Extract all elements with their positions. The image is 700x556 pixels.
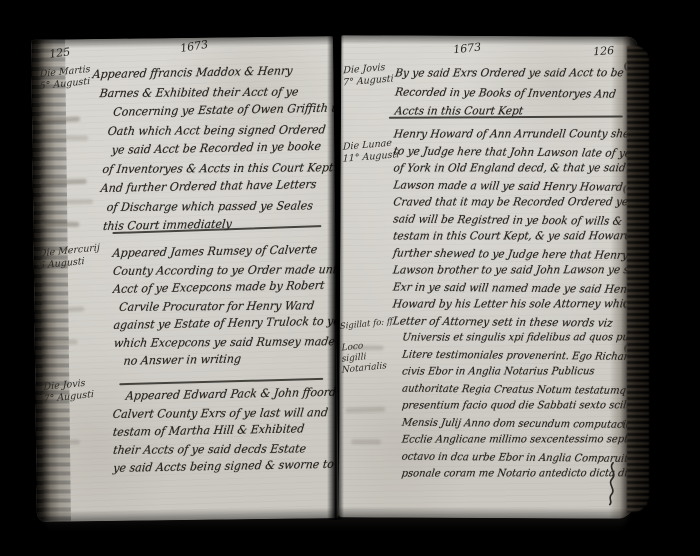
book-fore-edge [627,46,649,512]
edge-ink-mark [623,300,630,309]
ink-flourish-mark [604,460,621,507]
left-page-number: 125 [49,45,71,60]
manuscript-line: Concerning ye Estate of Owen Griffith up… [92,98,339,122]
manuscript-line: Universis et singulis xpi fidelibus ad q… [392,329,638,346]
edge-ink-mark [621,420,629,430]
showthrough-mark [39,221,79,227]
court-entry: By ye said Exrs Ordered ye said Acct to … [394,64,632,122]
margin-date: Die Mercurij 6 Augusti [39,242,100,272]
edge-ink-mark [624,62,631,71]
showthrough-mark [44,439,80,444]
margin-note: Sigillat fo: ff [340,317,393,332]
margin-date: Die Martis 5° Augusti [40,64,91,93]
edge-ink-mark [625,232,633,242]
court-entry: Henry Howard of Ann Arrundell County she… [391,125,637,484]
manuscript-line: Appeared James Rumsey of Calverte [112,239,339,262]
manuscript-line: psonale coram me Notario antedicto dicta… [391,465,637,482]
showthrough-mark [40,306,84,313]
showthrough-mark [41,179,87,185]
court-entry: Appeared James Rumsey of Calverte County… [112,241,339,370]
manuscript-line: Appeared Edward Pack & John ffoord of [112,382,339,404]
manuscript-line: testam in this Court Kept, & ye said How… [392,227,637,244]
manuscript-line: Ecclie Anglicane millimo sexcentessimo s… [391,431,637,448]
manuscript-line: civis Ebor in Anglia Notarius Publicus [391,363,637,380]
manuscript-line: presentium facio quod die Sabbati sexto … [391,397,637,414]
right-page: 1673 126 Die Jovis 7° Augusti By ye said… [339,35,638,519]
manuscript-line: Lawson brother to ye said John Lawson ye… [392,261,637,278]
manuscript-line: ye said Acct be Recorded in ye booke [93,136,339,160]
manuscript-line: testam of Martha Hill & Exhibited [112,418,339,440]
manuscript-line: ye said Accts being signed & sworne to [112,454,339,476]
court-entry: Appeared ffrancis Maddox & Henry Barnes … [91,62,339,236]
manuscript-line: Acct of ye Excepcons made by Robert [112,275,339,298]
open-manuscript-book: 125 1673 Die Martis 5° Augusti Appeared … [0,0,700,556]
manuscript-line: And further Ordered that have Letters [93,174,339,198]
showthrough-mark [350,345,384,350]
margin-date: Die Jovis 7° Augusti [43,377,94,406]
manuscript-line: Henry Howard of Ann Arrundell County she… [393,125,638,142]
manuscript-line: Craved that it may be Recorded Ordered y… [392,193,637,210]
edge-ink-mark [622,185,630,195]
right-year-heading: 1673 [453,41,482,57]
right-page-number: 126 [593,44,615,58]
court-entry: Appeared Edward Pack & John ffoord of Ca… [111,384,339,477]
showthrough-mark [36,135,88,140]
manuscript-line: of York in Old England decd, & that ye s… [393,159,638,176]
left-year-heading: 1673 [179,38,209,55]
showthrough-mark [38,117,80,124]
manuscript-line: Appeared ffrancis Maddox & Henry [92,60,339,84]
showthrough-mark [351,439,381,444]
left-page: 125 1673 Die Martis 5° Augusti Appeared … [31,36,339,522]
manuscript-line: against ye Estate of Henry Trulock to ye [113,311,339,334]
showthrough-mark [35,199,93,205]
manuscript-line: no Answer in writing [113,347,339,370]
showthrough-mark [345,407,385,413]
manuscript-line: By ye said Exrs Ordered ye said Acct to … [394,63,625,82]
margin-date: Die Jovis 7° Augusti [343,61,394,89]
manuscript-line: Howard by his Letter his sole Attorney w… [392,295,637,312]
showthrough-mark [38,339,78,344]
book-gutter [327,34,344,520]
margin-date: Die Lunae 11° Augusti [342,137,399,166]
